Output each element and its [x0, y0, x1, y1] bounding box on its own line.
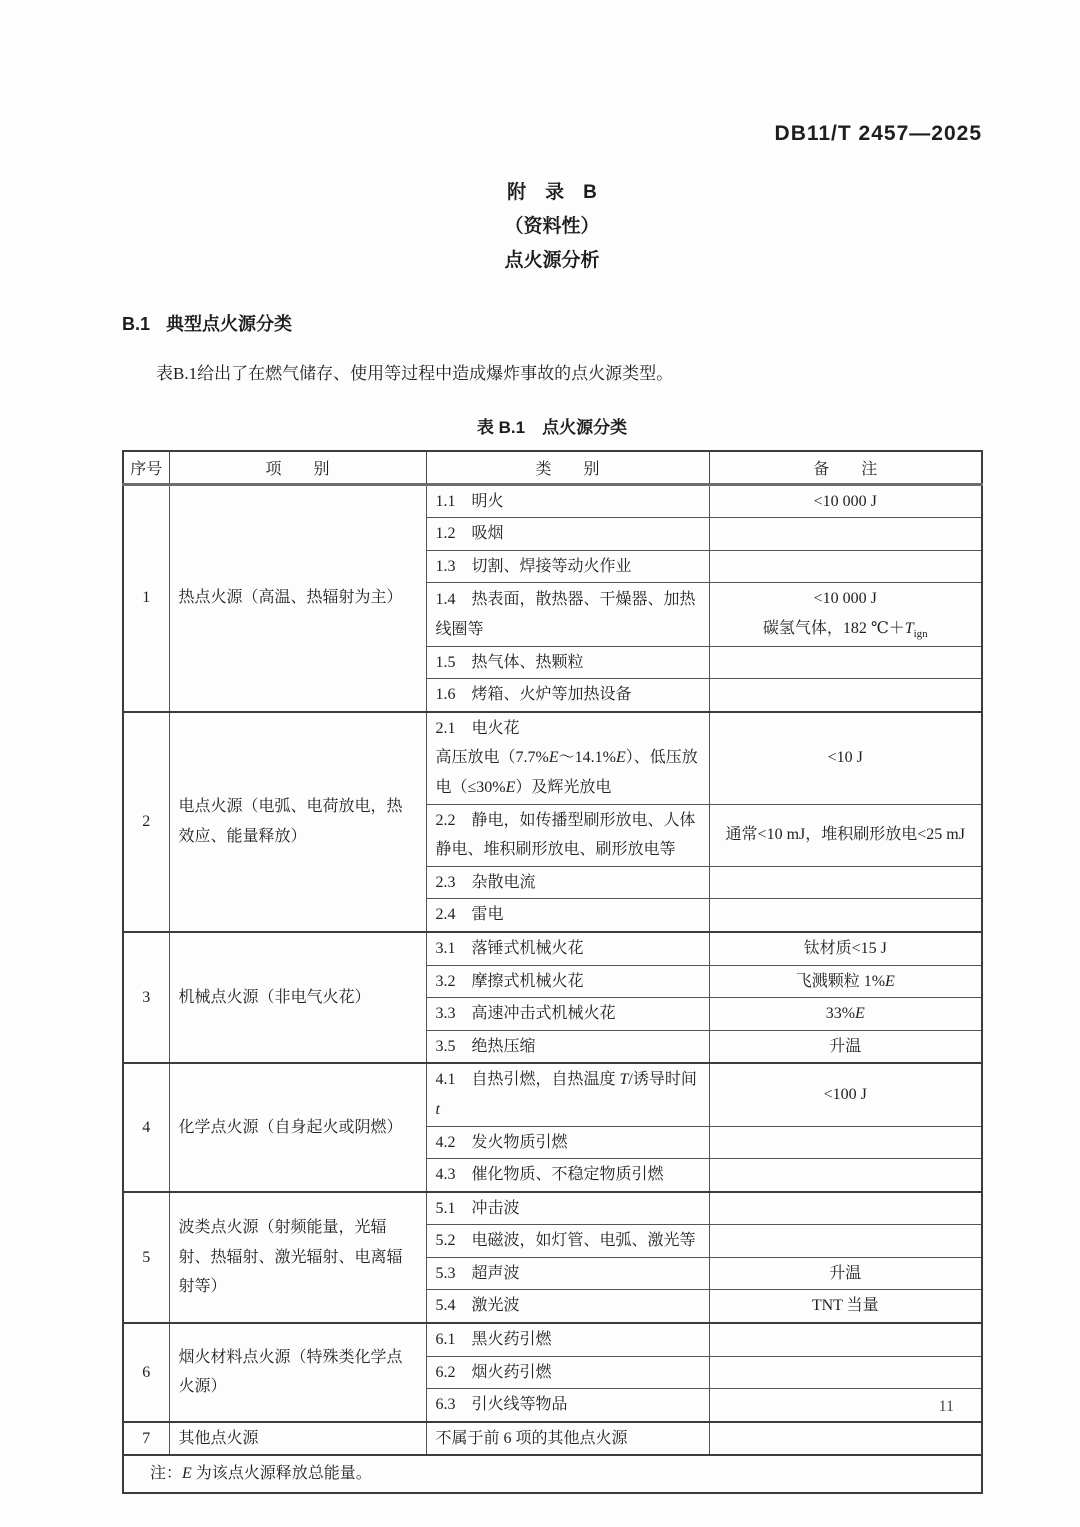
table-row: 3机械点火源（非电气火花）3.1 落锤式机械火花钛材质<15 J [123, 932, 982, 965]
type-cell: 2.2 静电，如传播型刷形放电、人体静电、堆积刷形放电、刷形放电等 [426, 804, 709, 866]
serial-number-cell: 2 [123, 712, 169, 932]
type-cell: 5.1 冲击波 [426, 1192, 709, 1225]
type-cell: 1.3 切割、焊接等动火作业 [426, 550, 709, 583]
section-number: B.1 [122, 314, 150, 334]
note-row: 注：E 为该点火源释放总能量。 [123, 1455, 982, 1492]
type-cell: 3.5 绝热压缩 [426, 1030, 709, 1063]
type-cell: 4.2 发火物质引燃 [426, 1126, 709, 1159]
remark-cell [709, 1225, 982, 1258]
type-cell: 3.3 高速冲击式机械火花 [426, 998, 709, 1031]
remark-cell [709, 1192, 982, 1225]
column-header: 项 别 [169, 451, 426, 484]
classification-table: 序号项 别类 别备 注 1热点火源（高温、热辐射为主）1.1 明火<10 000… [122, 450, 983, 1493]
serial-number-cell: 7 [123, 1422, 169, 1456]
appendix-title: 附 录 B [122, 176, 982, 210]
table-row: 2电点火源（电弧、电荷放电，热效应、能量释放）2.1 电火花高压放电（7.7%E… [123, 712, 982, 804]
remark-cell [709, 899, 982, 932]
document-page: DB11/T 2457—2025 附 录 B （资料性） 点火源分析 B.1典型… [0, 0, 1080, 1527]
remark-cell: <10 000 J [709, 484, 982, 518]
category-cell: 烟火材料点火源（特殊类化学点火源） [169, 1323, 426, 1422]
remark-cell: 升温 [709, 1030, 982, 1063]
remark-cell: 飞溅颗粒 1%E [709, 965, 982, 998]
type-cell: 5.4 激光波 [426, 1290, 709, 1323]
type-cell: 5.2 电磁波，如灯管、电弧、激光等 [426, 1225, 709, 1258]
remark-cell [709, 518, 982, 551]
remark-cell [709, 1159, 982, 1192]
section-heading: B.1典型点火源分类 [122, 310, 982, 336]
remark-cell [709, 1356, 982, 1389]
type-cell: 3.1 落锤式机械火花 [426, 932, 709, 965]
remark-cell: <10 J [709, 712, 982, 804]
type-cell: 4.1 自热引燃，自热温度 T/诱导时间 t [426, 1063, 709, 1126]
remark-cell: <10 000 J碳氢气体，182 ℃＋Tign [709, 583, 982, 646]
appendix-subject: 点火源分析 [122, 244, 982, 278]
column-header: 序号 [123, 451, 169, 484]
type-cell: 6.1 黑火药引燃 [426, 1323, 709, 1356]
serial-number-cell: 3 [123, 932, 169, 1063]
type-cell: 1.6 烤箱、火炉等加热设备 [426, 679, 709, 712]
page-number: 11 [939, 1398, 954, 1416]
remark-cell: TNT 当量 [709, 1290, 982, 1323]
type-cell: 1.4 热表面，散热器、干燥器、加热线圈等 [426, 583, 709, 646]
remark-cell: 升温 [709, 1257, 982, 1290]
type-cell: 6.2 烟火药引燃 [426, 1356, 709, 1389]
remark-cell: <100 J [709, 1063, 982, 1126]
type-cell: 2.4 雷电 [426, 899, 709, 932]
serial-number-cell: 1 [123, 484, 169, 712]
serial-number-cell: 4 [123, 1063, 169, 1191]
table-row: 4化学点火源（自身起火或阴燃）4.1 自热引燃，自热温度 T/诱导时间 t<10… [123, 1063, 982, 1126]
type-cell: 1.2 吸烟 [426, 518, 709, 551]
remark-cell: 钛材质<15 J [709, 932, 982, 965]
type-cell: 2.3 杂散电流 [426, 866, 709, 899]
remark-cell [709, 1323, 982, 1356]
table-row: 6烟火材料点火源（特殊类化学点火源）6.1 黑火药引燃 [123, 1323, 982, 1356]
type-cell: 5.3 超声波 [426, 1257, 709, 1290]
header-row: 序号项 别类 别备 注 [123, 451, 982, 484]
table-caption: 表 B.1 点火源分类 [122, 413, 982, 438]
type-cell: 1.5 热气体、热颗粒 [426, 646, 709, 679]
appendix-informative-label: （资料性） [122, 210, 982, 244]
intro-paragraph: 表B.1给出了在燃气储存、使用等过程中造成爆炸事故的点火源类型。 [122, 360, 982, 387]
table-row: 1热点火源（高温、热辐射为主）1.1 明火<10 000 J [123, 484, 982, 518]
category-cell: 其他点火源 [169, 1422, 426, 1456]
page-content: DB11/T 2457—2025 附 录 B （资料性） 点火源分析 B.1典型… [122, 0, 982, 1494]
type-cell: 1.1 明火 [426, 484, 709, 518]
serial-number-cell: 6 [123, 1323, 169, 1422]
category-cell: 波类点火源（射频能量，光辐射、热辐射、激光辐射、电离辐射等） [169, 1192, 426, 1323]
table-note: 注：E 为该点火源释放总能量。 [123, 1455, 982, 1492]
category-cell: 热点火源（高温、热辐射为主） [169, 484, 426, 712]
remark-cell [709, 679, 982, 712]
category-cell: 化学点火源（自身起火或阴燃） [169, 1063, 426, 1191]
table-row: 5波类点火源（射频能量，光辐射、热辐射、激光辐射、电离辐射等）5.1 冲击波 [123, 1192, 982, 1225]
category-cell: 电点火源（电弧、电荷放电，热效应、能量释放） [169, 712, 426, 932]
table-row: 7其他点火源不属于前 6 项的其他点火源 [123, 1422, 982, 1456]
type-cell: 3.2 摩擦式机械火花 [426, 965, 709, 998]
column-header: 类 别 [426, 451, 709, 484]
remark-cell [709, 646, 982, 679]
type-cell: 4.3 催化物质、不稳定物质引燃 [426, 1159, 709, 1192]
appendix-title-block: 附 录 B （资料性） 点火源分析 [122, 176, 982, 278]
table-body: 1热点火源（高温、热辐射为主）1.1 明火<10 000 J1.2 吸烟1.3 … [123, 484, 982, 1492]
category-cell: 机械点火源（非电气火花） [169, 932, 426, 1063]
type-cell: 2.1 电火花高压放电（7.7%E～14.1%E）、低压放电（≤30%E）及辉光… [426, 712, 709, 804]
table-header: 序号项 别类 别备 注 [123, 451, 982, 484]
remark-cell [709, 550, 982, 583]
type-cell: 6.3 引火线等物品 [426, 1389, 709, 1422]
remark-cell [709, 1422, 982, 1456]
standard-code: DB11/T 2457—2025 [122, 0, 982, 146]
remark-cell [709, 1126, 982, 1159]
remark-cell: 通常<10 mJ，堆积刷形放电<25 mJ [709, 804, 982, 866]
serial-number-cell: 5 [123, 1192, 169, 1323]
type-cell: 不属于前 6 项的其他点火源 [426, 1422, 709, 1456]
remark-cell [709, 866, 982, 899]
column-header: 备 注 [709, 451, 982, 484]
remark-cell: 33%E [709, 998, 982, 1031]
section-title: 典型点火源分类 [166, 314, 292, 334]
